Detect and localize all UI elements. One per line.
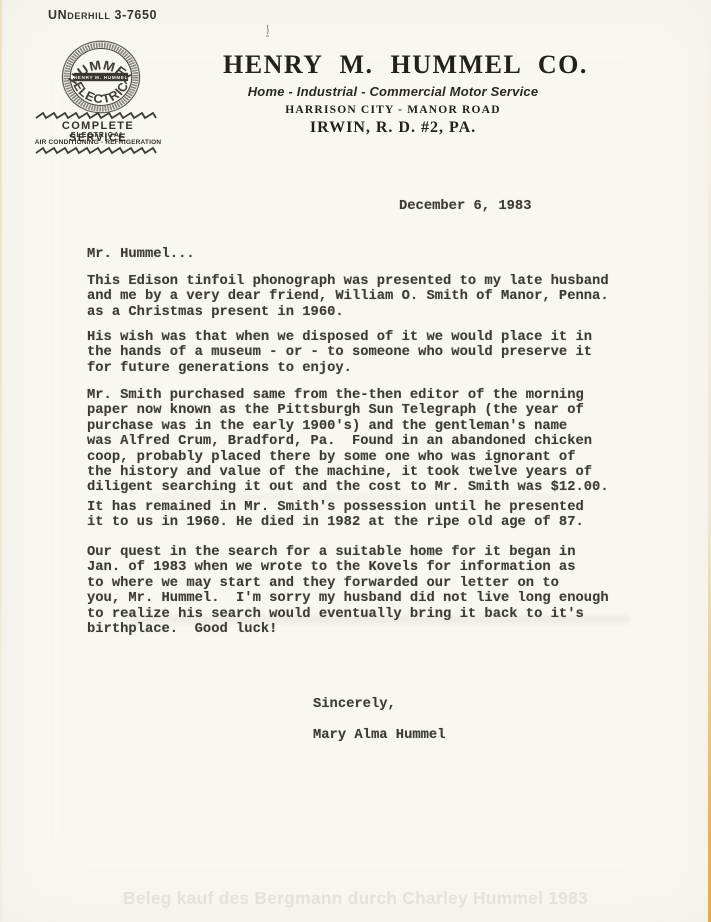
logo-service-line-2: ELECTRICAL (34, 132, 162, 139)
letter-signature-name: Mary Alma Hummel (313, 728, 445, 743)
letter-paragraph-2: His wish was that when we disposed of it… (87, 330, 592, 376)
letter-paragraph-5: Our quest in the search for a suitable h… (87, 545, 609, 637)
letter-date: December 6, 1983 (399, 199, 531, 214)
hummel-electric-logo: HUMMEL HENRY M. HUMMEL ELECTRIC (60, 39, 142, 115)
letter-paragraph-3: Mr. Smith purchased same from the-then e… (87, 388, 609, 496)
company-address-line2: IRWIN, R. D. #2, PA. (223, 119, 563, 137)
zigzag-rule-bottom (35, 146, 161, 155)
svg-text:HUMMEL: HUMMEL (65, 58, 137, 87)
company-address-line1: HARRISON CITY - MANOR ROAD (223, 104, 563, 116)
letterhead-block: HENRY M. HUMMEL CO. Home - Industrial - … (223, 50, 563, 137)
bottom-watermark-caption: Beleg kauf des Bergmann durch Charley Hu… (0, 888, 711, 909)
company-name: HENRY M. HUMMEL CO. (223, 50, 563, 80)
scan-left-edge (0, 0, 2, 922)
letter-salutation: Mr. Hummel... (87, 247, 195, 262)
zigzag-rule-top (35, 111, 161, 120)
logo-arc-top-text: HUMMEL (65, 58, 137, 87)
stray-pencil-mark (264, 24, 272, 38)
scanned-letter-page: { "letterhead": { "phone": "UNderhill 3-… (0, 0, 711, 922)
letter-paragraph-1: This Edison tinfoil phonograph was prese… (87, 274, 609, 320)
logo-banner-text: HENRY M. HUMMEL (74, 75, 128, 80)
letterhead-phone: UNderhill 3-7650 (48, 8, 157, 22)
letter-paragraph-4: It has remained in Mr. Smith's possessio… (87, 500, 584, 531)
company-tagline: Home - Industrial - Commercial Motor Ser… (223, 84, 563, 99)
logo-service-line-3: AIR CONDITIONING - REFRIGERATION (34, 139, 162, 146)
letter-closing: Sincerely, (313, 697, 396, 712)
